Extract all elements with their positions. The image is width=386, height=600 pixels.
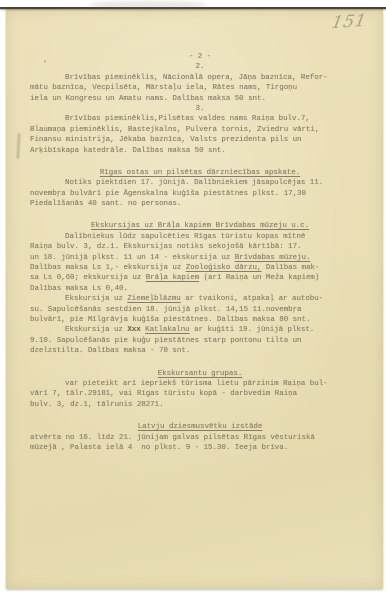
underlined-text: Brīvdabas mūzeju. (235, 254, 311, 262)
text-segment: Brīvības pieminēklis, Nācionālā opera, J… (65, 74, 328, 82)
underlined-text: Ziemeļblāzmu (127, 295, 180, 303)
text-line: var pieteikt arī iepriekš tūrisma lietu … (30, 379, 370, 389)
text-segment: Arķibīskapa katedrāle. Dalības maksa 50 … (30, 147, 226, 155)
item-number: 3. (30, 104, 370, 114)
text-segment: novembŗa bulvārī pie Āgenskalna kuģīša p… (30, 190, 306, 198)
section-heading: Rīgas ostas un pilsētas dārzniecības aps… (30, 168, 370, 178)
text-segment: Dalības maksa Ls 0,40. (30, 285, 128, 293)
paragraph-gap (30, 156, 370, 168)
underlined-text: Ekskursantu grupas. (158, 370, 243, 378)
handwritten-page-number: 151 (330, 11, 368, 33)
text-line: Finansu ministrija, Jēkaba baznīca, Vals… (30, 135, 370, 145)
underlined-text: Zooloģisko dārzu, (186, 264, 262, 272)
text-segment: Blaumaņa pieminēklis, Bastejkalns, Pulve… (30, 126, 319, 134)
text-segment: mūzejā , Palasta ielā 4 no plkst. 9 - 15… (30, 444, 288, 452)
text-segment: un 18. jūnijā plkst. 11 un 14 - ekskursi… (30, 254, 235, 262)
text-segment: Xxx (127, 326, 145, 334)
text-line: sa Ls 0,60; ekskursija uz Brāļa kapiem (… (30, 273, 370, 283)
text-segment: var pieteikt arī iepriekš tūrisma lietu … (65, 380, 328, 388)
text-line: Ekskursija uz Xxx Katlakalnu ar kuģīti 1… (30, 325, 370, 335)
paragraph-gap (30, 410, 370, 422)
text-line: un 18. jūnijā plkst. 11 un 14 - ekskursi… (30, 253, 370, 263)
text-segment: su. Sapulcēšanās sestdien 18. jūnijā plk… (30, 306, 302, 314)
text-line: Brīvības pieminēklis, Nācionālā opera, J… (30, 73, 370, 83)
pencil-smudge (88, 1, 208, 9)
text-segment: 9.10. Sapulcēšanās pie kuģu piestātnes s… (30, 337, 302, 345)
text-line: Arķibīskapa katedrāle. Dalības maksa 50 … (30, 146, 370, 156)
paragraph-gap (30, 357, 370, 369)
text-segment: Ekskursija uz (65, 295, 127, 303)
text-segment: Piedalīšanās 40 sant. no personas. (30, 200, 181, 208)
text-line: novembŗa bulvārī pie Āgenskalna kuģīša p… (30, 189, 370, 199)
text-line: Dalības maksa Ls 0,40. (30, 284, 370, 294)
text-segment: 3. (196, 105, 205, 113)
text-line: mātu baznīca, Vecpilsēta, Mārstaļu iela,… (30, 83, 370, 93)
text-segment: Notiks piektdien 17. jūnijā. Dalībniekie… (65, 179, 323, 187)
text-segment: ar kuģīti 19. jūnijā plkst. (190, 326, 315, 334)
text-line: Dalībniekus lūdz sapulcēties Rīgas tūris… (30, 232, 370, 242)
text-line: su. Sapulcēšanās sestdien 18. jūnijā plk… (30, 305, 370, 315)
text-line: Brīvības pieminēklis,Pilsētas valdes nam… (30, 114, 370, 124)
text-line: mūzejā , Palasta ielā 4 no plkst. 9 - 15… (30, 443, 370, 453)
text-line: vārī 7, tālr.29181, vai Rīgas tūristu ko… (30, 389, 370, 399)
text-line: iela un Kongresu un Amatu nams. Dalības … (30, 94, 370, 104)
text-segment: Dalībniekus lūdz sapulcēties Rīgas tūris… (65, 233, 305, 241)
text-line: Notiks piektdien 17. jūnijā. Dalībniekie… (30, 178, 370, 188)
scanned-document: 151 - 2 -2.Brīvības pieminēklis, Nācionā… (0, 0, 386, 600)
paragraph-gap (30, 209, 370, 221)
page-number-typed: - 2 - (30, 52, 370, 62)
text-segment: atvērta no 16. līdz 21. jūnijam galvas p… (30, 434, 315, 442)
text-line: atvērta no 16. līdz 21. jūnijam galvas p… (30, 433, 370, 443)
underlined-text: Katlakalnu (145, 326, 190, 334)
underlined-text: Ekskursijas uz Brāļa kapiem Brīvdabas mū… (91, 222, 309, 230)
section-heading: Ekskursijas uz Brāļa kapiem Brīvdabas mū… (30, 221, 370, 231)
text-line: Piedalīšanās 40 sant. no personas. (30, 199, 370, 209)
text-line: Dalības maksa Ls 1,- ekskursija uz Zoolo… (30, 263, 370, 273)
text-line: Blaumaņa pieminēklis, Bastejkalns, Pulve… (30, 125, 370, 135)
text-segment: Dalības mak- (261, 264, 319, 272)
text-segment: - 2 - (189, 53, 211, 61)
text-segment: mātu baznīca, Vecpilsēta, Mārstaļu iela,… (30, 84, 297, 92)
text-segment: Raiņa bulv. 3, dz.1. Ekskursijas notiks … (30, 243, 302, 251)
text-segment: (arī Raiņa un Meža kapiem) (199, 274, 319, 282)
item-number: 2. (30, 62, 370, 72)
text-segment: Ekskursija uz (65, 326, 127, 334)
text-segment: ar tvaikoni, atpakaļ ar autobu- (181, 295, 323, 303)
text-line: Raiņa bulv. 3, dz.1. Ekskursijas notiks … (30, 242, 370, 252)
text-segment: 2. (196, 63, 205, 71)
text-segment: bulvārī, pie Mīlgrāvja kuģīša piestātnes… (30, 316, 310, 324)
text-segment: Dalības maksa Ls 1,- ekskursija uz (30, 264, 186, 272)
text-segment: Brīvības pieminēklis,Pilsētas valdes nam… (65, 115, 310, 123)
underlined-text: Rīgas ostas un pilsētas dārzniecības aps… (100, 169, 300, 177)
typed-text: - 2 -2.Brīvības pieminēklis, Nācionālā o… (30, 52, 370, 453)
section-heading: Ekskursantu grupas. (30, 369, 370, 379)
text-segment: bulv. 3, dz.1, tālrunis 28271. (30, 401, 164, 409)
text-segment: iela un Kongresu un Amatu nams. Dalības … (30, 95, 266, 103)
text-line: Ekskursija uz Ziemeļblāzmu ar tvaikoni, … (30, 294, 370, 304)
text-line: bulvārī, pie Mīlgrāvja kuģīša piestātnes… (30, 315, 370, 325)
text-line: dzelzstilta. Dalības maksa - 70 snt. (30, 346, 370, 356)
text-segment: sa Ls 0,60; ekskursija uz (30, 274, 146, 282)
text-segment: vārī 7, tālr.29181, vai Rīgas tūristu ko… (30, 390, 297, 398)
underlined-text: Latvju dziesmusvētku izstāde (138, 423, 263, 431)
text-line: 9.10. Sapulcēšanās pie kuģu piestātnes s… (30, 336, 370, 346)
underlined-text: Brāļa kapiem (146, 274, 199, 282)
section-heading: Latvju dziesmusvētku izstāde (30, 422, 370, 432)
text-segment: Finansu ministrija, Jēkaba baznīca, Vals… (30, 136, 302, 144)
text-segment: dzelzstilta. Dalības maksa - 70 snt. (30, 347, 190, 355)
text-line: bulv. 3, dz.1, tālrunis 28271. (30, 400, 370, 410)
